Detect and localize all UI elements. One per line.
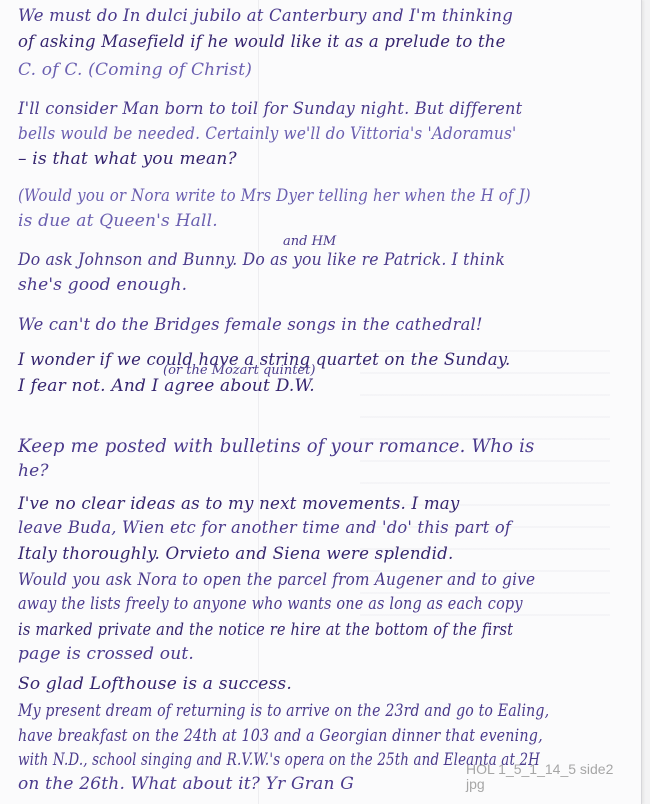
letter-line: I'll consider Man born to toil for Sunda… <box>18 99 522 119</box>
letter-line: Would you ask Nora to open the parcel fr… <box>18 570 535 590</box>
letter-line: have breakfast on the 24th at 103 and a … <box>18 726 543 746</box>
letter-line: he? <box>18 461 49 481</box>
letter-line: with N.D., school singing and R.V.W.'s o… <box>18 750 540 770</box>
letter-line: is marked private and the notice re hire… <box>18 620 513 640</box>
letter-line: is due at Queen's Hall. <box>18 211 218 231</box>
letter-line: C. of C. (Coming of Christ) <box>18 60 252 80</box>
letter-line: on the 26th. What about it? Yr Gran G <box>18 774 354 794</box>
letter-line: We must do In dulci jubilo at Canterbury… <box>18 6 513 26</box>
letter-page: We must do In dulci jubilo at Canterbury… <box>0 0 642 804</box>
letter-line: I've no clear ideas as to my next moveme… <box>18 494 460 514</box>
letter-line: We can't do the Bridges female songs in … <box>18 315 483 335</box>
letter-line: My present dream of returning is to arri… <box>18 701 549 721</box>
letter-line: leave Buda, Wien etc for another time an… <box>18 518 511 538</box>
letter-line: – is that what you mean? <box>18 149 237 169</box>
letter-line: of asking Masefield if he would like it … <box>18 32 506 52</box>
letter-line: page is crossed out. <box>18 644 194 664</box>
letter-line: away the lists freely to anyone who want… <box>18 594 523 614</box>
letter-line: So glad Lofthouse is a success. <box>18 674 292 694</box>
filename-line-2: jpg <box>466 777 613 792</box>
filename-line-1: HOL 1_5_1_14_5 side2 <box>466 762 613 777</box>
letter-line: she's good enough. <box>18 275 187 295</box>
letter-line: bells would be needed. Certainly we'll d… <box>18 124 516 144</box>
letter-line: Keep me posted with bulletins of your ro… <box>18 435 535 457</box>
letter-line: Do ask Johnson and Bunny. Do as you like… <box>18 250 505 270</box>
letter-line: (Would you or Nora write to Mrs Dyer tel… <box>18 186 531 206</box>
filename-watermark: HOL 1_5_1_14_5 side2 jpg <box>466 762 613 792</box>
letter-line: Italy thoroughly. Orvieto and Siena were… <box>18 544 453 564</box>
insertion-and-hm: and HM <box>283 234 336 249</box>
letter-line: I fear not. And I agree about D.W. <box>18 376 315 396</box>
